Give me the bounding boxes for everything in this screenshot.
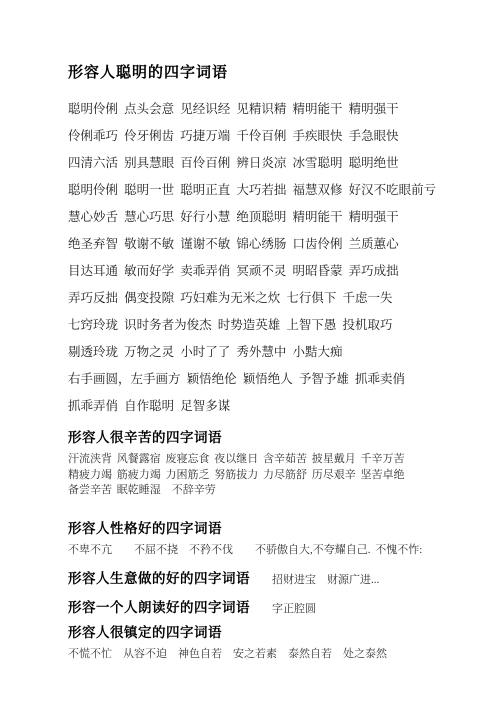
idiom-line: 不卑不亢 不屈不挠 不矜不伐 不骄傲自大,不夸耀自己. 不愧不怍: — [68, 543, 440, 559]
section-reading-heading: 形容一个人朗读好的四字词语 — [68, 600, 250, 616]
spacer — [68, 499, 440, 521]
section-personality-heading: 形容人性格好的四字词语 — [68, 521, 440, 537]
section-smart-heading: 形容人聪明的四字词语 — [68, 64, 440, 82]
idiom-line: 精疲力竭 筋疲力竭 力困筋乏 努筋拔力 力尽筋舒 历尽艰辛 坚苦卓绝 — [68, 468, 440, 484]
section-smart-paragraph: 聪明伶俐 点头会意 见经识经 见精识精 精明能干 精明强干 伶俐乖巧 伶牙俐齿 … — [68, 96, 440, 420]
spacer — [68, 587, 440, 600]
section-calm-heading: 形容人很镇定的四字词语 — [68, 625, 440, 641]
idiom-line: 聪明伶俐 聪明一世 聪明正直 大巧若拙 福慧双修 好汉不吃眼前亏 — [68, 177, 440, 204]
idiom-line: 汗流浃背 风餐露宿 废寝忘食 夜以继日 含辛茹苦 披星戴月 千辛万苦 — [68, 452, 440, 468]
section-business-heading: 形容人生意做的好的四字词语 — [68, 571, 250, 587]
idiom-line: 剔透玲珑 万物之灵 小时了了 秀外慧中 小黠大痴 — [68, 339, 440, 366]
idiom-line: 右手画圆，左手画方 颖悟绝伦 颖悟绝人 予智予雄 抓乖卖俏 — [68, 366, 440, 393]
section-calm-paragraph: 不慌不忙 从容不迫 神色自若 安之若素 泰然自若 处之泰然 — [68, 647, 440, 663]
idiom-line: 弄巧反拙 偶变投隙 巧妇难为无米之炊 七行俱下 千虑一失 — [68, 285, 440, 312]
section-reading-row: 形容一个人朗读好的四字词语 字正腔圆 — [68, 600, 440, 616]
inline-idioms: 招财进宝 财源广进... — [272, 571, 379, 587]
section-hardship-heading: 形容人很辛苦的四字词语 — [68, 430, 440, 446]
spacer — [68, 616, 440, 625]
idiom-line: 抓乖弄俏 自作聪明 足智多谋 — [68, 393, 440, 420]
idiom-line: 绝圣弃智 敬谢不敏 谨谢不敏 锦心绣肠 口齿伶俐 兰质蕙心 — [68, 231, 440, 258]
spacer — [68, 558, 440, 571]
inline-idioms: 字正腔圆 — [272, 600, 316, 616]
section-business-row: 形容人生意做的好的四字词语 招财进宝 财源广进... — [68, 571, 440, 587]
idiom-line: 慧心妙舌 慧心巧思 好行小慧 绝顶聪明 精明能干 精明强干 — [68, 204, 440, 231]
document-page: 形容人聪明的四字词语 聪明伶俐 点头会意 见经识经 见精识精 精明能干 精明强干… — [0, 0, 496, 702]
section-personality-paragraph: 不卑不亢 不屈不挠 不矜不伐 不骄傲自大,不夸耀自己. 不愧不怍: — [68, 543, 440, 559]
idiom-line: 七窍玲珑 识时务者为俊杰 时势造英雄 上智下愚 投机取巧 — [68, 312, 440, 339]
idiom-line: 伶俐乖巧 伶牙俐齿 巧捷万端 千伶百俐 手疾眼快 手急眼快 — [68, 123, 440, 150]
idiom-line: 目达耳通 敏而好学 卖乖弄俏 冥顽不灵 明昭昏蒙 弄巧成拙 — [68, 258, 440, 285]
idiom-line: 聪明伶俐 点头会意 见经识经 见精识精 精明能干 精明强干 — [68, 96, 440, 123]
idiom-line: 备尝辛苦 眠乾睡湿 不辞辛劳 — [68, 483, 440, 499]
section-hardship-paragraph: 汗流浃背 风餐露宿 废寝忘食 夜以继日 含辛茹苦 披星戴月 千辛万苦 精疲力竭 … — [68, 452, 440, 499]
idiom-line: 四清六活 别具慧眼 百伶百俐 辨日炎凉 冰雪聪明 聪明绝世 — [68, 150, 440, 177]
idiom-line: 不慌不忙 从容不迫 神色自若 安之若素 泰然自若 处之泰然 — [68, 647, 440, 663]
